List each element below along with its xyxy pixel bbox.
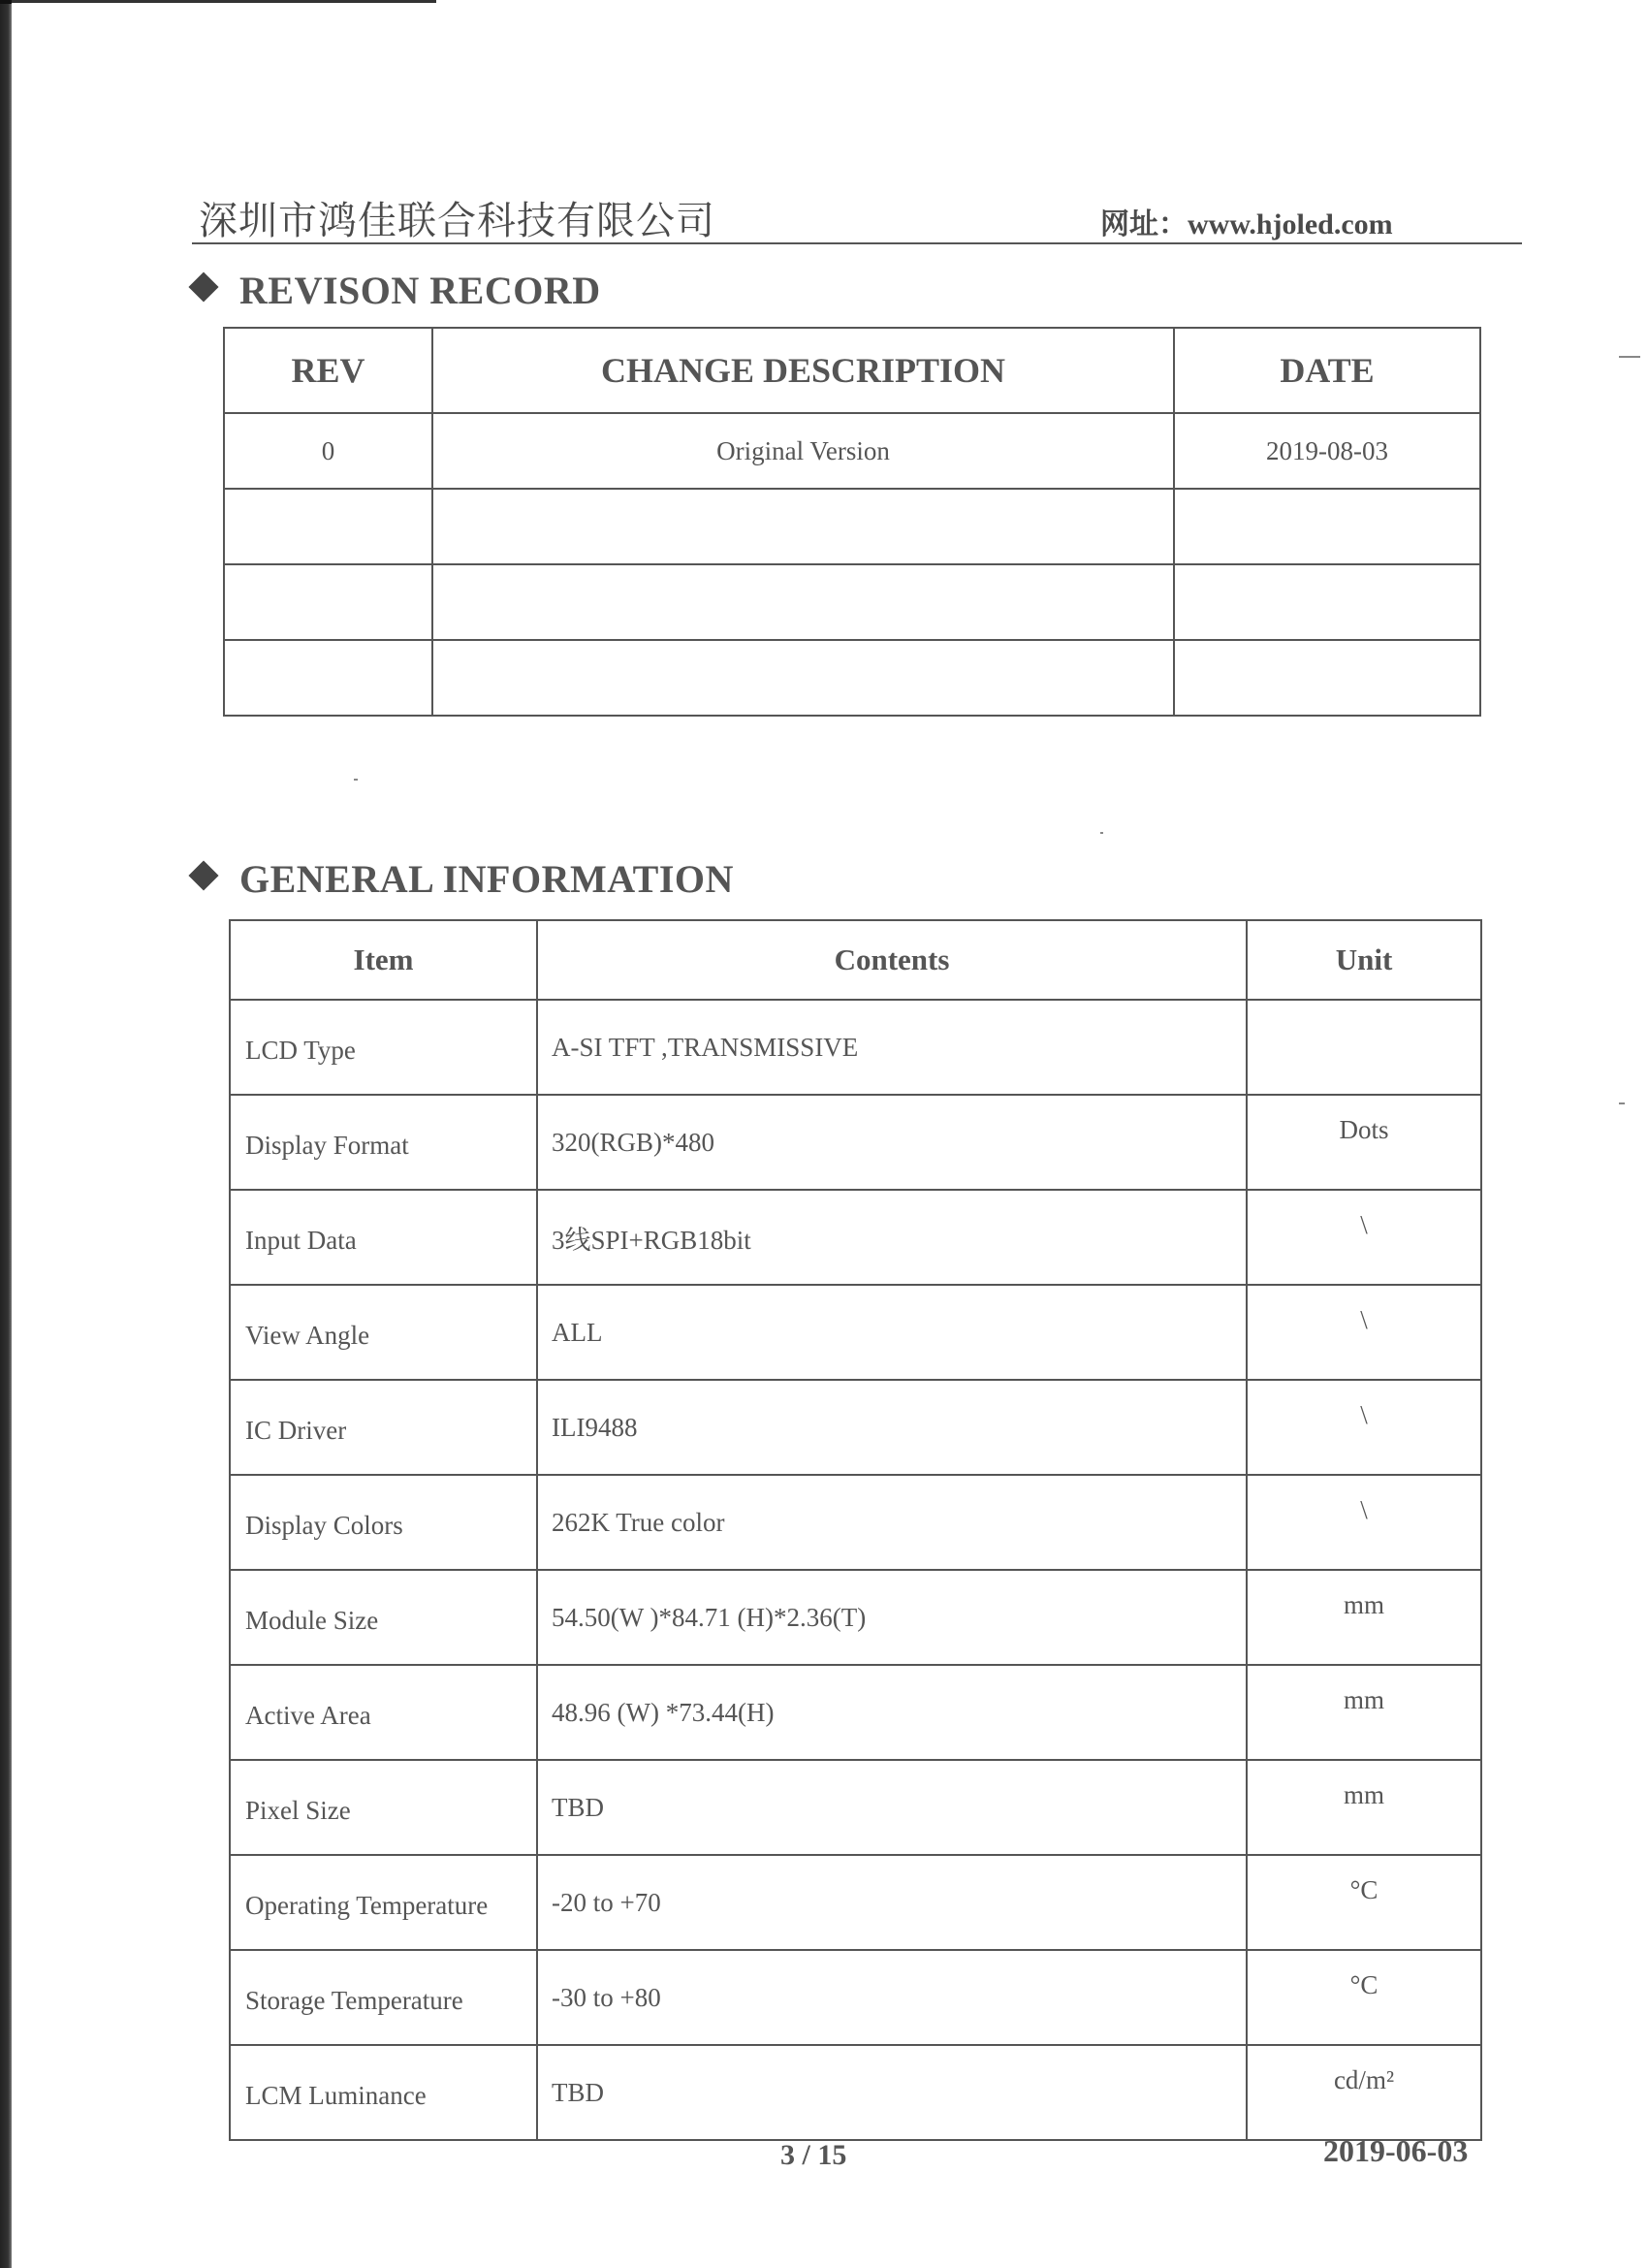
unit-cell: mm xyxy=(1247,1665,1481,1760)
scan-border-left xyxy=(0,0,12,2268)
column-header-contents: Contents xyxy=(537,920,1247,1000)
contents-cell: TBD xyxy=(537,1760,1247,1855)
unit-cell: mm xyxy=(1247,1760,1481,1855)
unit-cell: \ xyxy=(1247,1285,1481,1380)
table-row: View AngleALL\ xyxy=(230,1285,1481,1380)
contents-cell: 48.96 (W) *73.44(H) xyxy=(537,1665,1247,1760)
table-row: Operating Temperature-20 to +70°C xyxy=(230,1855,1481,1950)
table-row: 0Original Version2019-08-03 xyxy=(224,413,1480,489)
scan-speck xyxy=(1619,356,1640,358)
contents-cell: -20 to +70 xyxy=(537,1855,1247,1950)
scan-speck xyxy=(354,779,358,781)
unit-cell: °C xyxy=(1247,1950,1481,2045)
item-cell: LCM Luminance xyxy=(230,2045,537,2140)
item-cell: Module Size xyxy=(230,1570,537,1665)
contents-cell: 320(RGB)*480 xyxy=(537,1095,1247,1190)
contents-cell: TBD xyxy=(537,2045,1247,2140)
table-row: Module Size54.50(W )*84.71 (H)*2.36(T)mm xyxy=(230,1570,1481,1665)
date-cell xyxy=(1174,489,1480,564)
description-cell: Original Version xyxy=(432,413,1174,489)
table-row xyxy=(224,564,1480,640)
table-row: Display Colors262K True color\ xyxy=(230,1475,1481,1570)
contents-cell: 54.50(W )*84.71 (H)*2.36(T) xyxy=(537,1570,1247,1665)
company-website: 网址：www.hjoled.com xyxy=(1100,200,1393,242)
rev-cell xyxy=(224,564,432,640)
table-row: LCM LuminanceTBDcd/m² xyxy=(230,2045,1481,2140)
section-title-revision-record: REVISON RECORD xyxy=(189,268,601,313)
company-name: 深圳市鸿佳联合科技有限公司 xyxy=(199,190,715,245)
rev-cell xyxy=(224,489,432,564)
column-header-rev: REV xyxy=(224,328,432,413)
item-cell: Display Colors xyxy=(230,1475,537,1570)
scan-speck xyxy=(1619,1102,1625,1104)
unit-cell: mm xyxy=(1247,1570,1481,1665)
table-row: IC DriverILI9488\ xyxy=(230,1380,1481,1475)
item-cell: View Angle xyxy=(230,1285,537,1380)
date-cell xyxy=(1174,564,1480,640)
unit-cell xyxy=(1247,1000,1481,1095)
contents-cell: A-SI TFT ,TRANSMISSIVE xyxy=(537,1000,1247,1095)
general-information-table: Item Contents Unit LCD TypeA-SI TFT ,TRA… xyxy=(229,919,1482,2141)
column-header-unit: Unit xyxy=(1247,920,1481,1000)
table-row xyxy=(224,640,1480,716)
footer-date: 2019-06-03 xyxy=(1323,2133,1468,2169)
header-divider xyxy=(192,242,1522,244)
description-cell xyxy=(432,640,1174,716)
table-row xyxy=(224,489,1480,564)
section-title-text: GENERAL INFORMATION xyxy=(239,857,734,901)
unit-cell: Dots xyxy=(1247,1095,1481,1190)
item-cell: Storage Temperature xyxy=(230,1950,537,2045)
contents-cell: ILI9488 xyxy=(537,1380,1247,1475)
table-row: Display Format320(RGB)*480Dots xyxy=(230,1095,1481,1190)
item-cell: Active Area xyxy=(230,1665,537,1760)
section-title-general-information: GENERAL INFORMATION xyxy=(189,856,734,902)
diamond-bullet-icon xyxy=(188,272,218,302)
contents-cell: -30 to +80 xyxy=(537,1950,1247,2045)
item-cell: Input Data xyxy=(230,1190,537,1285)
item-cell: Display Format xyxy=(230,1095,537,1190)
rev-cell: 0 xyxy=(224,413,432,489)
item-cell: Operating Temperature xyxy=(230,1855,537,1950)
table-row: Active Area48.96 (W) *73.44(H)mm xyxy=(230,1665,1481,1760)
unit-cell: °C xyxy=(1247,1855,1481,1950)
scan-border-corner xyxy=(0,0,12,4)
table-row: Pixel SizeTBDmm xyxy=(230,1760,1481,1855)
contents-cell: 3线SPI+RGB18bit xyxy=(537,1190,1247,1285)
rev-cell xyxy=(224,640,432,716)
section-title-text: REVISON RECORD xyxy=(239,269,601,312)
item-cell: Pixel Size xyxy=(230,1760,537,1855)
unit-cell: \ xyxy=(1247,1380,1481,1475)
column-header-date: DATE xyxy=(1174,328,1480,413)
date-cell xyxy=(1174,640,1480,716)
diamond-bullet-icon xyxy=(188,860,218,890)
description-cell xyxy=(432,489,1174,564)
table-row: LCD TypeA-SI TFT ,TRANSMISSIVE xyxy=(230,1000,1481,1095)
item-cell: IC Driver xyxy=(230,1380,537,1475)
page-header: 深圳市鸿佳联合科技有限公司 网址：www.hjoled.com xyxy=(199,190,1522,244)
unit-cell: \ xyxy=(1247,1475,1481,1570)
scan-border-top xyxy=(0,0,436,3)
contents-cell: 262K True color xyxy=(537,1475,1247,1570)
unit-cell: cd/m² xyxy=(1247,2045,1481,2140)
item-cell: LCD Type xyxy=(230,1000,537,1095)
revision-record-table: REV CHANGE DESCRIPTION DATE 0Original Ve… xyxy=(223,327,1481,717)
column-header-item: Item xyxy=(230,920,537,1000)
date-cell: 2019-08-03 xyxy=(1174,413,1480,489)
table-header-row: REV CHANGE DESCRIPTION DATE xyxy=(224,328,1480,413)
contents-cell: ALL xyxy=(537,1285,1247,1380)
table-row: Input Data3线SPI+RGB18bit\ xyxy=(230,1190,1481,1285)
description-cell xyxy=(432,564,1174,640)
unit-cell: \ xyxy=(1247,1190,1481,1285)
page-number: 3 / 15 xyxy=(780,2139,846,2172)
column-header-change-description: CHANGE DESCRIPTION xyxy=(432,328,1174,413)
table-row: Storage Temperature-30 to +80°C xyxy=(230,1950,1481,2045)
scan-speck xyxy=(1100,832,1103,834)
table-header-row: Item Contents Unit xyxy=(230,920,1481,1000)
